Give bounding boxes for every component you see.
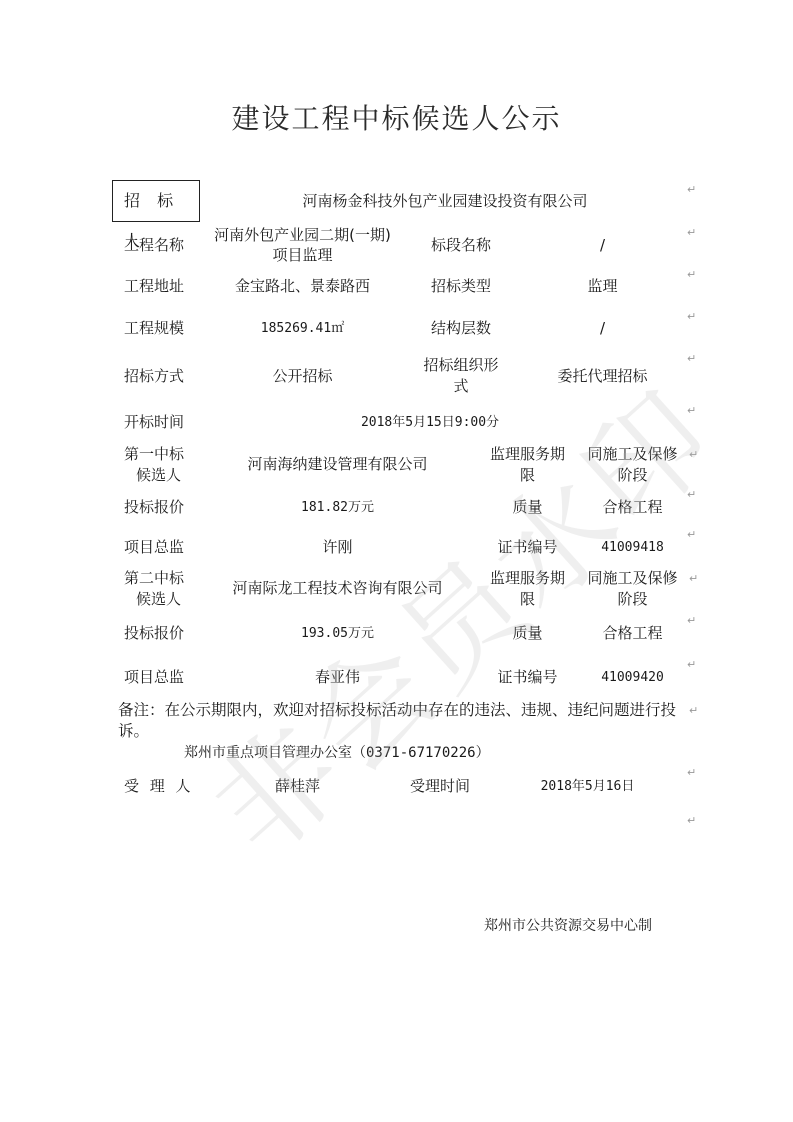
paragraph-mark-icon: ↵	[687, 814, 696, 827]
candidate-2-period-line1: 同施工及保修	[580, 568, 685, 589]
paragraph-mark-icon: ↵	[687, 352, 696, 365]
project-address-label: 工程地址	[112, 276, 210, 297]
project-address-value: 金宝路北、景泰路西	[200, 276, 405, 297]
paragraph-mark-icon: ↵	[687, 766, 696, 779]
candidate-1-cert-label: 证书编号	[475, 537, 580, 558]
project-scale-value: 185269.41㎡	[200, 318, 405, 339]
paragraph-mark-icon: ↵	[689, 572, 698, 585]
organization-form-value: 委托代理招标	[545, 366, 660, 387]
project-name-label: 工程名称	[112, 235, 210, 256]
candidate-1-cert: 41009418	[580, 537, 685, 558]
candidate-2-price: 193.05万元	[200, 623, 475, 644]
candidate-2-director-label: 项目总监	[112, 667, 210, 688]
paragraph-mark-icon: ↵	[689, 704, 698, 717]
project-name-value-line1: 河南外包产业园二期(一期)	[200, 225, 405, 246]
page-title: 建设工程中标候选人公示	[0, 97, 793, 137]
bidding-method-label: 招标方式	[112, 366, 210, 387]
candidate-2-rank-label-line1: 第二中标	[112, 568, 210, 589]
remarks-note: 备注：在公示期限内，欢迎对招标投标活动中存在的违法、违规、违纪问题进行投诉。	[118, 700, 688, 742]
candidate-2-period-label-line2: 限	[475, 589, 580, 610]
candidate-1-period-label-line1: 监理服务期	[475, 444, 580, 465]
candidate-2-quality: 合格工程	[580, 623, 685, 644]
acceptor-name: 薛桂萍	[230, 776, 365, 797]
issuer-footer: 郑州市公共资源交易中心制	[484, 915, 652, 935]
acceptance-time: 2018年5月16日	[510, 776, 665, 797]
candidate-1-quality: 合格工程	[580, 497, 685, 518]
structure-floors-value: /	[545, 318, 660, 339]
organization-form-label-line2: 式	[405, 376, 517, 397]
candidate-2-quality-label: 质量	[475, 623, 580, 644]
candidate-1-period-line1: 同施工及保修	[580, 444, 685, 465]
acceptor-label: 受 理 人	[112, 776, 210, 797]
paragraph-mark-icon: ↵	[689, 448, 698, 461]
candidate-1-quality-label: 质量	[475, 497, 580, 518]
bidding-method-value: 公开招标	[200, 366, 405, 387]
candidate-1-price: 181.82万元	[200, 497, 475, 518]
paragraph-mark-icon: ↵	[687, 528, 696, 541]
tenderer-label: 招 标 人	[112, 180, 200, 222]
paragraph-mark-icon: ↵	[687, 310, 696, 323]
project-scale-label: 工程规模	[112, 318, 210, 339]
project-name-value-line2: 项目监理	[200, 245, 405, 266]
candidate-2-director: 春亚伟	[200, 667, 475, 688]
candidate-2-company: 河南际龙工程技术咨询有限公司	[200, 578, 475, 599]
paragraph-mark-icon: ↵	[687, 404, 696, 417]
tenderer-value: 河南杨金科技外包产业园建设投资有限公司	[200, 191, 690, 212]
candidate-2-period-line2: 阶段	[580, 589, 685, 610]
candidate-2-period-label-line1: 监理服务期	[475, 568, 580, 589]
bid-type-label: 招标类型	[405, 276, 517, 297]
paragraph-mark-icon: ↵	[687, 183, 696, 196]
candidate-1-period-line2: 阶段	[580, 465, 685, 486]
candidate-1-rank-label-line1: 第一中标	[112, 444, 210, 465]
office-contact: 郑州市重点项目管理办公室（0371-67170226）	[184, 742, 490, 762]
candidate-1-price-label: 投标报价	[112, 497, 210, 518]
paragraph-mark-icon: ↵	[687, 488, 696, 501]
bid-type-value: 监理	[545, 276, 660, 297]
section-name-value: /	[545, 235, 660, 256]
acceptance-time-label: 受理时间	[390, 776, 490, 797]
candidate-1-director: 许刚	[200, 537, 475, 558]
structure-floors-label: 结构层数	[405, 318, 517, 339]
section-name-label: 标段名称	[405, 235, 517, 256]
candidate-1-period-label-line2: 限	[475, 465, 580, 486]
opening-time-label: 开标时间	[112, 412, 210, 433]
candidate-1-company: 河南海纳建设管理有限公司	[200, 454, 475, 475]
paragraph-mark-icon: ↵	[687, 614, 696, 627]
candidate-2-cert: 41009420	[580, 667, 685, 688]
paragraph-mark-icon: ↵	[687, 226, 696, 239]
paragraph-mark-icon: ↵	[687, 658, 696, 671]
candidate-1-director-label: 项目总监	[112, 537, 210, 558]
organization-form-label-line1: 招标组织形	[405, 355, 517, 376]
candidate-2-cert-label: 证书编号	[475, 667, 580, 688]
opening-time-value: 2018年5月15日9:00分	[200, 412, 660, 433]
candidate-2-price-label: 投标报价	[112, 623, 210, 644]
paragraph-mark-icon: ↵	[687, 268, 696, 281]
